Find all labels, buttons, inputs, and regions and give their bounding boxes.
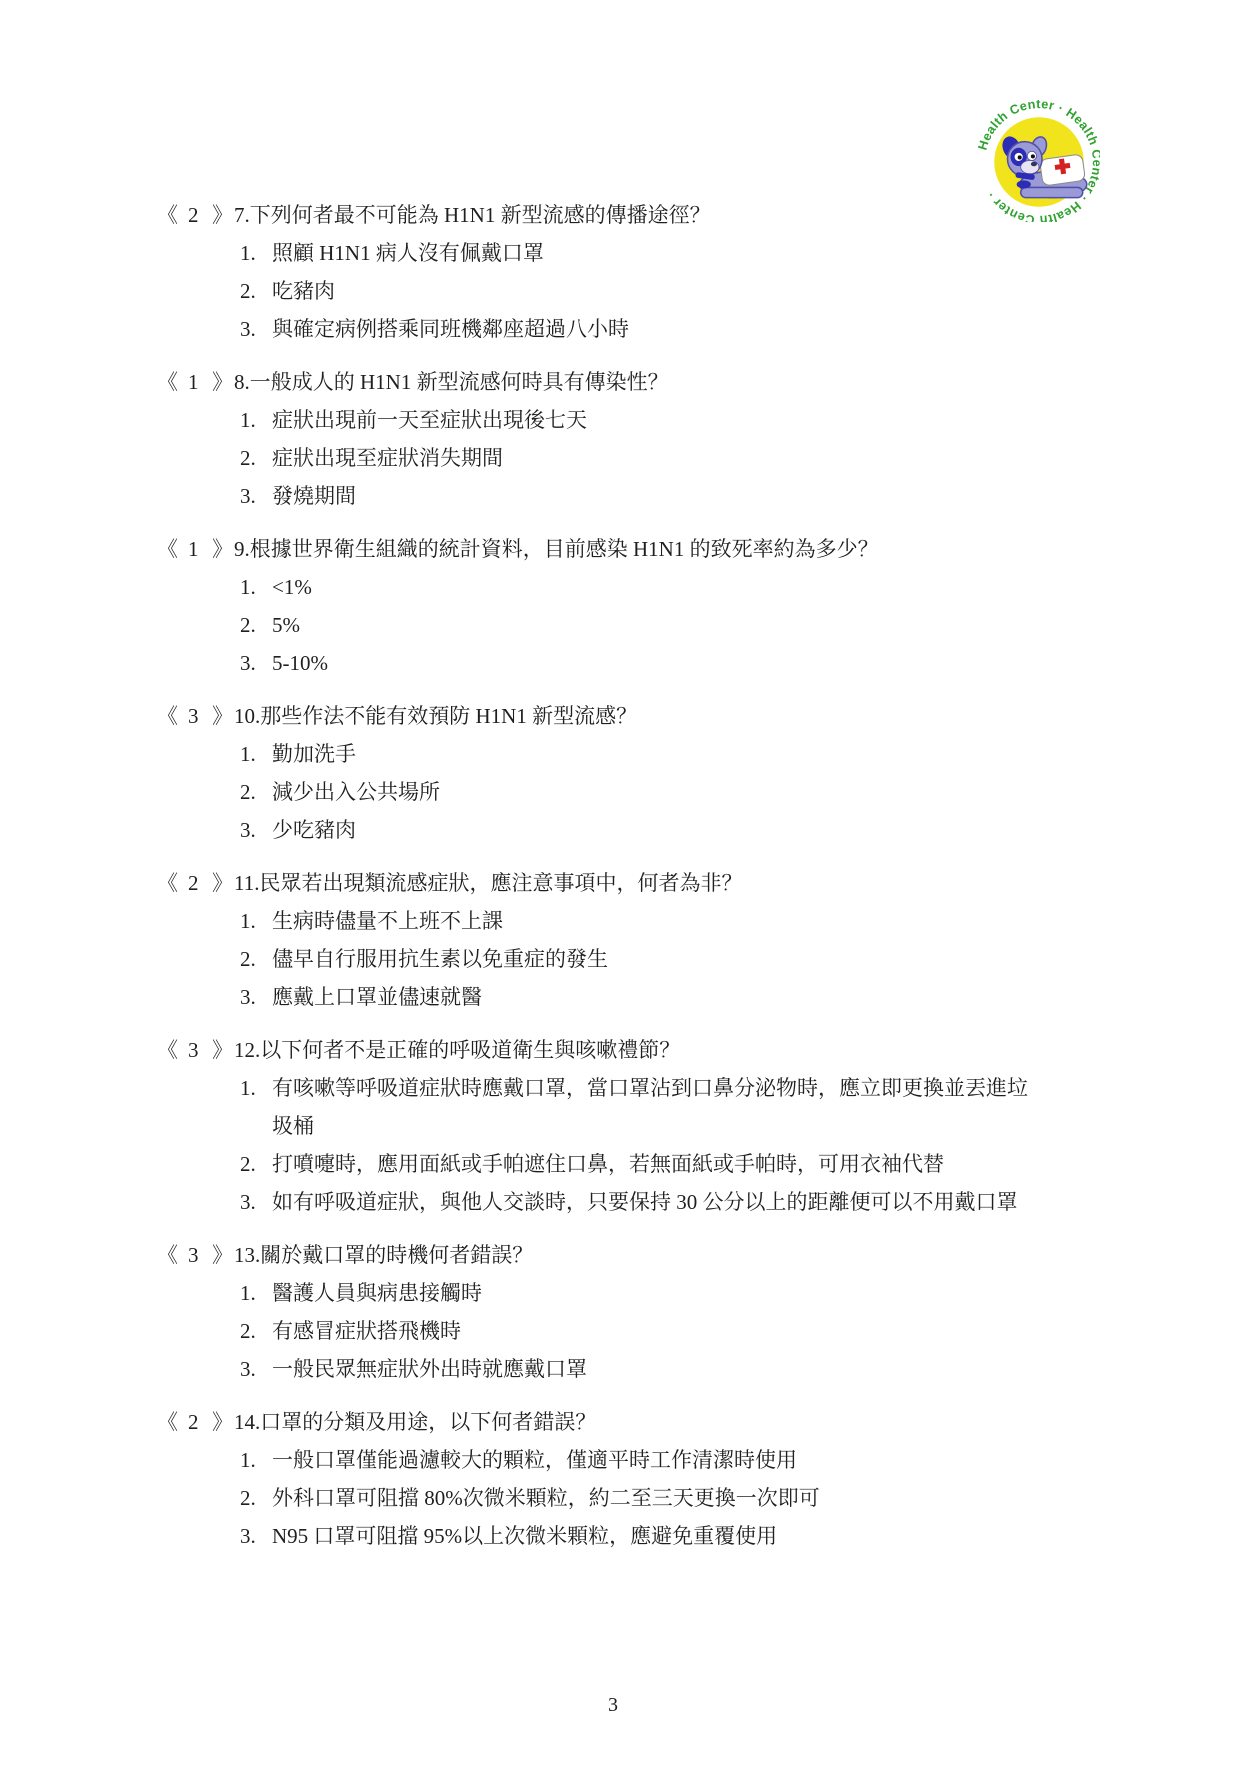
options: 1. 勤加洗手 2. 減少出入公共場所 3. 少吃豬肉 [157,735,1107,849]
answer-bracket-close: 》 [212,704,233,728]
option-text: 症狀出現前一天至症狀出現後七天 [272,401,587,439]
question-header: 《2》7.下列何者最不可能為 H1N1 新型流感的傳播途徑？ [157,196,1107,234]
page-number: 3 [0,1694,1226,1717]
question-block: 《3》12.以下何者不是正確的呼吸道衛生與咳嗽禮節？ 1. 有咳嗽等呼吸道症狀時… [157,1031,1107,1221]
question-block: 《3》10.那些作法不能有效預防 H1N1 新型流感？ 1. 勤加洗手 2. 減… [157,697,1107,849]
option-marker: 1. [240,234,272,272]
option-text: 5-10% [272,644,328,682]
question-block: 《1》9.根據世界衛生組織的統計資料，目前感染 H1N1 的致死率約為多少？ 1… [157,530,1107,682]
option-text: 勤加洗手 [272,735,356,773]
option-text: 與確定病例搭乘同班機鄰座超過八小時 [272,310,629,348]
option-marker: 3. [240,1183,272,1221]
option-text: 一般民眾無症狀外出時就應戴口罩 [272,1350,587,1388]
question-number: 11. [234,871,259,895]
question-number: 14. [234,1410,260,1434]
answer-bracket-close: 》 [212,537,233,561]
options: 1. 有咳嗽等呼吸道症狀時應戴口罩，當口罩沾到口鼻分泌物時，應立即更換並丟進垃 … [157,1069,1107,1221]
option-marker: 2. [240,439,272,477]
answer-value: 1 [178,530,212,568]
answer-value: 1 [178,363,212,401]
question-number: 8. [234,370,250,394]
option-line: 1. 照顧 H1N1 病人沒有佩戴口罩 [157,234,1107,272]
answer-bracket-close: 》 [212,1243,233,1267]
answer-value: 3 [178,1236,212,1274]
option-line: 2. 外科口罩可阻擋 80%次微米顆粒，約二至三天更換一次即可 [157,1479,1107,1517]
option-text: 少吃豬肉 [272,811,356,849]
question-text: 那些作法不能有效預防 H1N1 新型流感？ [260,704,637,728]
option-text: 5% [272,606,300,644]
answer-bracket-open: 《 [157,203,178,227]
question-block: 《1》8.一般成人的 H1N1 新型流感何時具有傳染性？ 1. 症狀出現前一天至… [157,363,1107,515]
options: 1. 一般口罩僅能過濾較大的顆粒，僅適平時工作清潔時使用 2. 外科口罩可阻擋 … [157,1441,1107,1555]
option-marker: 2. [240,272,272,310]
option-text: 應戴上口罩並儘速就醫 [272,978,482,1016]
option-line: 3. 一般民眾無症狀外出時就應戴口罩 [157,1350,1107,1388]
question-header: 《1》8.一般成人的 H1N1 新型流感何時具有傳染性？ [157,363,1107,401]
option-line: 3. 5-10% [157,644,1107,682]
option-text: 吃豬肉 [272,272,335,310]
option-text: 照顧 H1N1 病人沒有佩戴口罩 [272,234,544,272]
answer-bracket-open: 《 [157,1410,178,1434]
answer-bracket-close: 》 [212,1410,233,1434]
option-text: 醫護人員與病患接觸時 [272,1274,482,1312]
option-text: <1% [272,568,312,606]
question-header: 《3》10.那些作法不能有效預防 H1N1 新型流感？ [157,697,1107,735]
option-text: 如有呼吸道症狀，與他人交談時，只要保持 30 公分以上的距離便可以不用戴口罩 [272,1183,1018,1221]
option-line: 1. 一般口罩僅能過濾較大的顆粒，僅適平時工作清潔時使用 [157,1441,1107,1479]
answer-value: 2 [178,1403,212,1441]
option-text: N95 口罩可阻擋 95%以上次微米顆粒，應避免重覆使用 [272,1517,777,1555]
answer-bracket-close: 》 [212,1038,233,1062]
question-block: 《2》11.民眾若出現類流感症狀，應注意事項中，何者為非？ 1. 生病時儘量不上… [157,864,1107,1016]
question-text: 一般成人的 H1N1 新型流感何時具有傳染性？ [250,370,669,394]
option-line: 2. 吃豬肉 [157,272,1107,310]
option-line: 3. 與確定病例搭乘同班機鄰座超過八小時 [157,310,1107,348]
option-line: 圾桶 [157,1107,1107,1145]
option-line: 1. 醫護人員與病患接觸時 [157,1274,1107,1312]
answer-value: 2 [178,864,212,902]
option-marker: 3. [240,978,272,1016]
answer-bracket-close: 》 [212,370,233,394]
options: 1. <1% 2. 5% 3. 5-10% [157,568,1107,682]
option-marker: 3. [240,1350,272,1388]
option-marker: 1. [240,735,272,773]
option-line: 2. 5% [157,606,1107,644]
question-header: 《2》14.口罩的分類及用途，以下何者錯誤？ [157,1403,1107,1441]
question-header: 《3》13.關於戴口罩的時機何者錯誤？ [157,1236,1107,1274]
question-header: 《3》12.以下何者不是正確的呼吸道衛生與咳嗽禮節？ [157,1031,1107,1069]
option-marker: 2. [240,1312,272,1350]
question-block: 《2》14.口罩的分類及用途，以下何者錯誤？ 1. 一般口罩僅能過濾較大的顆粒，… [157,1403,1107,1555]
option-marker: 1. [240,902,272,940]
option-text: 症狀出現至症狀消失期間 [272,439,503,477]
answer-bracket-open: 《 [157,1038,178,1062]
question-block: 《2》7.下列何者最不可能為 H1N1 新型流感的傳播途徑？ 1. 照顧 H1N… [157,196,1107,348]
answer-bracket-open: 《 [157,537,178,561]
option-marker: 3. [240,310,272,348]
question-number: 10. [234,704,260,728]
option-text: 有感冒症狀搭飛機時 [272,1312,461,1350]
question-header: 《2》11.民眾若出現類流感症狀，應注意事項中，何者為非？ [157,864,1107,902]
option-line: 1. 症狀出現前一天至症狀出現後七天 [157,401,1107,439]
option-text: 外科口罩可阻擋 80%次微米顆粒，約二至三天更換一次即可 [272,1479,820,1517]
option-marker: 3. [240,811,272,849]
option-line: 1. 生病時儘量不上班不上課 [157,902,1107,940]
option-line: 3. N95 口罩可阻擋 95%以上次微米顆粒，應避免重覆使用 [157,1517,1107,1555]
answer-bracket-open: 《 [157,871,178,895]
option-text: 發燒期間 [272,477,356,515]
option-line: 3. 應戴上口罩並儘速就醫 [157,978,1107,1016]
option-text: 打噴嚏時，應用面紙或手帕遮住口鼻，若無面紙或手帕時，可用衣袖代替 [272,1145,944,1183]
question-header: 《1》9.根據世界衛生組織的統計資料，目前感染 H1N1 的致死率約為多少？ [157,530,1107,568]
option-marker: 2. [240,1145,272,1183]
option-line: 1. <1% [157,568,1107,606]
option-marker [240,1107,272,1145]
question-text: 民眾若出現類流感症狀，應注意事項中，何者為非？ [259,871,742,895]
option-marker: 1. [240,1441,272,1479]
option-marker: 2. [240,940,272,978]
question-text: 口罩的分類及用途，以下何者錯誤？ [260,1410,596,1434]
answer-bracket-open: 《 [157,704,178,728]
option-line: 1. 有咳嗽等呼吸道症狀時應戴口罩，當口罩沾到口鼻分泌物時，應立即更換並丟進垃 [157,1069,1107,1107]
question-block: 《3》13.關於戴口罩的時機何者錯誤？ 1. 醫護人員與病患接觸時 2. 有感冒… [157,1236,1107,1388]
option-marker: 3. [240,644,272,682]
question-number: 13. [234,1243,260,1267]
option-line: 1. 勤加洗手 [157,735,1107,773]
question-text: 下列何者最不可能為 H1N1 新型流感的傳播途徑？ [250,203,711,227]
option-marker: 1. [240,568,272,606]
option-text: 圾桶 [272,1107,314,1145]
options: 1. 醫護人員與病患接觸時 2. 有感冒症狀搭飛機時 3. 一般民眾無症狀外出時… [157,1274,1107,1388]
option-line: 3. 發燒期間 [157,477,1107,515]
options: 1. 生病時儘量不上班不上課 2. 儘早自行服用抗生素以免重症的發生 3. 應戴… [157,902,1107,1016]
option-text: 生病時儘量不上班不上課 [272,902,503,940]
option-line: 2. 症狀出現至症狀消失期間 [157,439,1107,477]
question-number: 9. [234,537,250,561]
option-line: 3. 如有呼吸道症狀，與他人交談時，只要保持 30 公分以上的距離便可以不用戴口… [157,1183,1107,1221]
option-marker: 1. [240,1274,272,1312]
option-marker: 3. [240,1517,272,1555]
question-text: 以下何者不是正確的呼吸道衛生與咳嗽禮節？ [260,1038,680,1062]
answer-value: 3 [178,1031,212,1069]
option-line: 2. 儘早自行服用抗生素以免重症的發生 [157,940,1107,978]
option-marker: 2. [240,606,272,644]
option-marker: 2. [240,773,272,811]
question-text: 關於戴口罩的時機何者錯誤？ [260,1243,533,1267]
option-line: 2. 有感冒症狀搭飛機時 [157,1312,1107,1350]
option-line: 2. 打噴嚏時，應用面紙或手帕遮住口鼻，若無面紙或手帕時，可用衣袖代替 [157,1145,1107,1183]
option-line: 2. 減少出入公共場所 [157,773,1107,811]
options: 1. 症狀出現前一天至症狀出現後七天 2. 症狀出現至症狀消失期間 3. 發燒期… [157,401,1107,515]
question-number: 12. [234,1038,260,1062]
question-text: 根據世界衛生組織的統計資料，目前感染 H1N1 的致死率約為多少？ [250,537,879,561]
option-line: 3. 少吃豬肉 [157,811,1107,849]
option-text: 一般口罩僅能過濾較大的顆粒，僅適平時工作清潔時使用 [272,1441,797,1479]
answer-value: 3 [178,697,212,735]
answer-bracket-open: 《 [157,370,178,394]
options: 1. 照顧 H1N1 病人沒有佩戴口罩 2. 吃豬肉 3. 與確定病例搭乘同班機… [157,234,1107,348]
option-text: 減少出入公共場所 [272,773,440,811]
option-marker: 1. [240,401,272,439]
answer-bracket-close: 》 [212,203,233,227]
answer-value: 2 [178,196,212,234]
question-number: 7. [234,203,250,227]
answer-bracket-close: 》 [212,871,233,895]
option-text: 有咳嗽等呼吸道症狀時應戴口罩，當口罩沾到口鼻分泌物時，應立即更換並丟進垃 [272,1069,1028,1107]
answer-bracket-open: 《 [157,1243,178,1267]
option-text: 儘早自行服用抗生素以免重症的發生 [272,940,608,978]
option-marker: 3. [240,477,272,515]
option-marker: 2. [240,1479,272,1517]
question-list: 《2》7.下列何者最不可能為 H1N1 新型流感的傳播途徑？ 1. 照顧 H1N… [157,196,1107,1570]
option-marker: 1. [240,1069,272,1107]
